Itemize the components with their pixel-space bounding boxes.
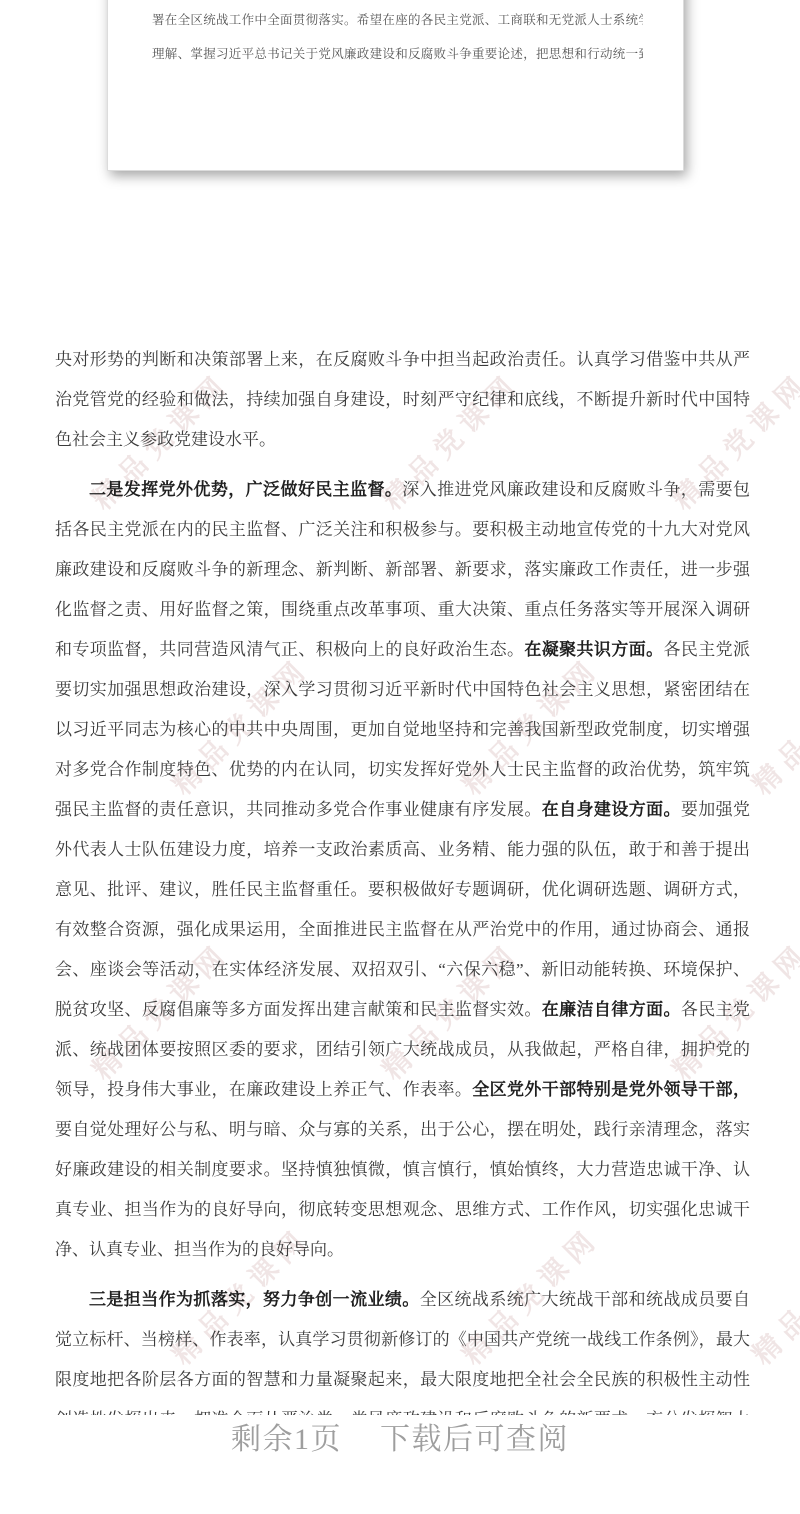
watermark-text: 精品党课网 [742, 647, 800, 803]
paragraph: 央对形势的判断和决策部署上来，在反腐败斗争中担当起政治责任。认真学习借鉴中共从严… [55, 340, 750, 460]
paragraph-bold-run: 全区党外干部特别是党外领导干部， [472, 1080, 750, 1099]
paragraph-run: 要加强党外代表人士队伍建设力度，培养一支政治素质高、业务精、能力强的队伍，敢于和… [55, 800, 750, 1019]
previous-page-preview: 署在全区统战工作中全面贯彻落实。希望在座的各民主党派、工商联和无党派人士系统学习… [107, 0, 684, 171]
paragraph-run: 要自觉处理好公与私、明与暗、众与寡的关系，出于公心，摆在明处，践行亲清理念，落实… [55, 1120, 750, 1259]
document-body: 央对形势的判断和决策部署上来，在反腐败斗争中担当起政治责任。认真学习借鉴中共从严… [55, 340, 750, 1415]
paragraph: 二是发挥党外优势，广泛做好民主监督。深入推进党风廉政建设和反腐败斗争，需要包括各… [55, 470, 750, 1270]
remaining-pages-text: 剩余1页 [231, 1423, 342, 1456]
paragraph-bold-run: 三是担当作为抓落实，努力争创一流业绩。 [89, 1290, 420, 1309]
paragraph-bold-run: 在廉洁自律方面。 [542, 1000, 681, 1019]
paragraph-bold-run: 在自身建设方面。 [542, 800, 681, 819]
paragraph-run: 深入推进党风廉政建设和反腐败斗争，需要包括各民主党派在内的民主监督、广泛关注和积… [55, 480, 750, 659]
paragraph-run: 各民主党派要切实加强思想政治建设，深入学习贯彻习近平新时代中国特色社会主义思想，… [55, 640, 750, 819]
remaining-pages-notice: 剩余1页下载后可查阅 [0, 1414, 800, 1458]
previous-page-text-line: 理解、掌握习近平总书记关于党风廉政建设和反腐败斗争重要论述，把思想和行动统一到党… [152, 37, 643, 71]
download-hint-text: 下载后可查阅 [380, 1423, 569, 1456]
paragraph-bold-run: 在凝聚共识方面。 [524, 640, 663, 659]
paragraph-bold-run: 二是发挥党外优势，广泛做好民主监督。 [89, 480, 402, 499]
previous-page-text-line: 署在全区统战工作中全面贯彻落实。希望在座的各民主党派、工商联和无党派人士系统学习… [152, 3, 643, 37]
paragraph-run: 央对形势的判断和决策部署上来，在反腐败斗争中担当起政治责任。认真学习借鉴中共从严… [55, 350, 750, 449]
watermark-text: 精品党课网 [742, 1217, 800, 1373]
paragraph: 三是担当作为抓落实，努力争创一流业绩。全区统战系统广大统战干部和统战成员要自觉立… [55, 1280, 750, 1415]
